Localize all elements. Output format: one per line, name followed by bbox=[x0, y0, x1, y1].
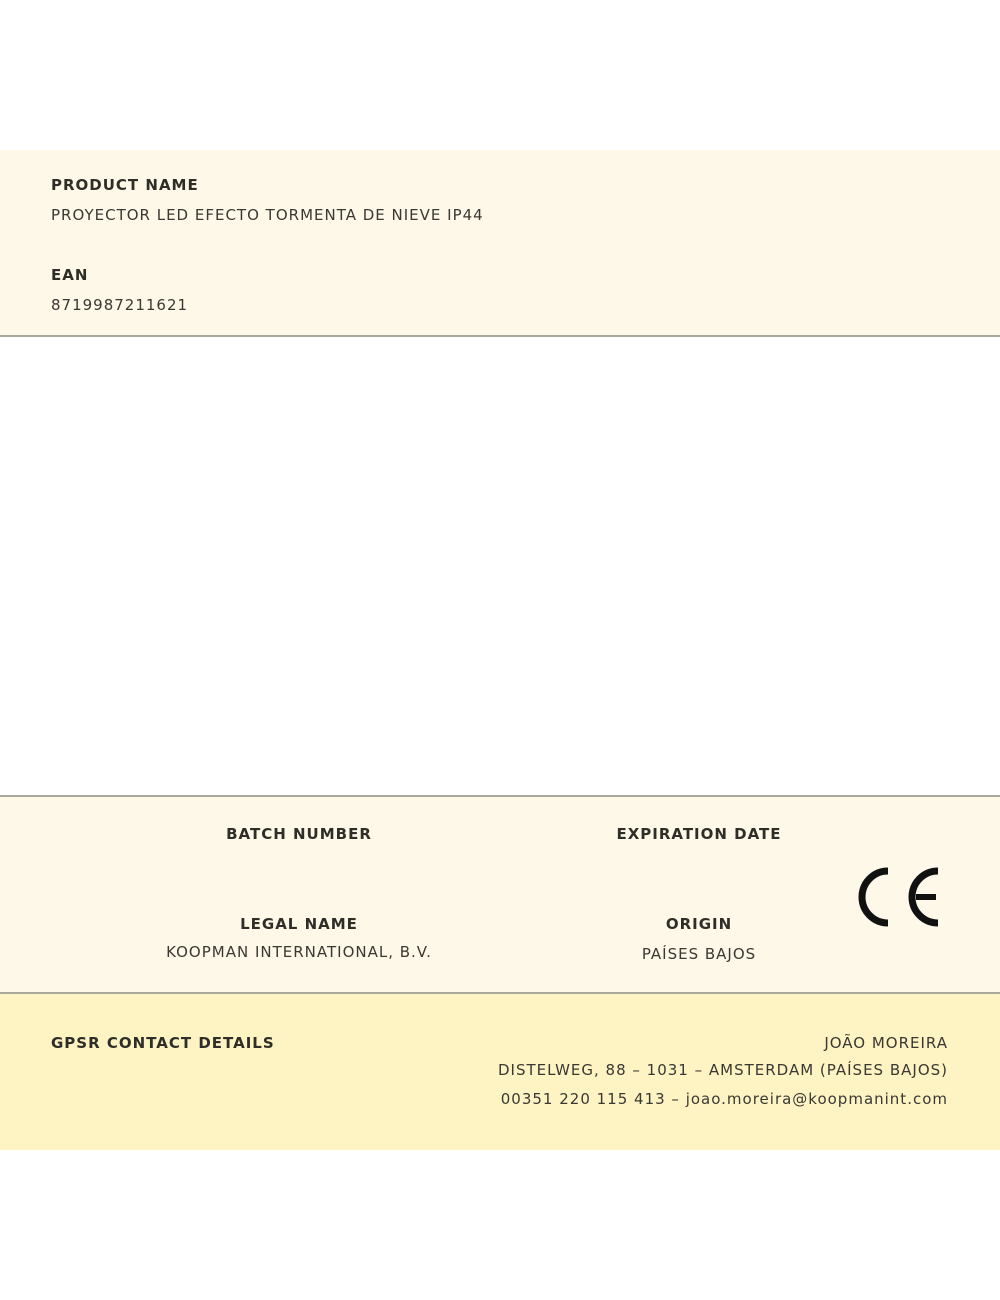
batch-number-label: BATCH NUMBER bbox=[226, 825, 372, 843]
product-section: PRODUCT NAME PROYECTOR LED EFECTO TORMEN… bbox=[0, 150, 1000, 337]
origin-label: ORIGIN bbox=[666, 915, 732, 933]
gpsr-contact-label: GPSR CONTACT DETAILS bbox=[51, 1034, 275, 1052]
legal-name-label: LEGAL NAME bbox=[240, 915, 358, 933]
product-name-value: PROYECTOR LED EFECTO TORMENTA DE NIEVE I… bbox=[51, 206, 484, 224]
product-name-label: PRODUCT NAME bbox=[51, 176, 199, 194]
ce-mark-icon bbox=[858, 867, 942, 927]
details-section: BATCH NUMBER EXPIRATION DATE LEGAL NAME … bbox=[0, 795, 1000, 994]
ean-value: 8719987211621 bbox=[51, 296, 188, 314]
contact-name: JOÃO MOREIRA bbox=[824, 1034, 948, 1052]
ean-label: EAN bbox=[51, 266, 88, 284]
contact-address: DISTELWEG, 88 – 1031 – AMSTERDAM (PAÍSES… bbox=[498, 1061, 948, 1079]
contact-phone-email: 00351 220 115 413 – joao.moreira@koopman… bbox=[501, 1090, 948, 1108]
gpsr-contact-section: GPSR CONTACT DETAILS JOÃO MOREIRA DISTEL… bbox=[0, 994, 1000, 1150]
expiration-date-label: EXPIRATION DATE bbox=[616, 825, 781, 843]
origin-value: PAÍSES BAJOS bbox=[642, 945, 756, 963]
legal-name-value: KOOPMAN INTERNATIONAL, B.V. bbox=[166, 943, 432, 961]
